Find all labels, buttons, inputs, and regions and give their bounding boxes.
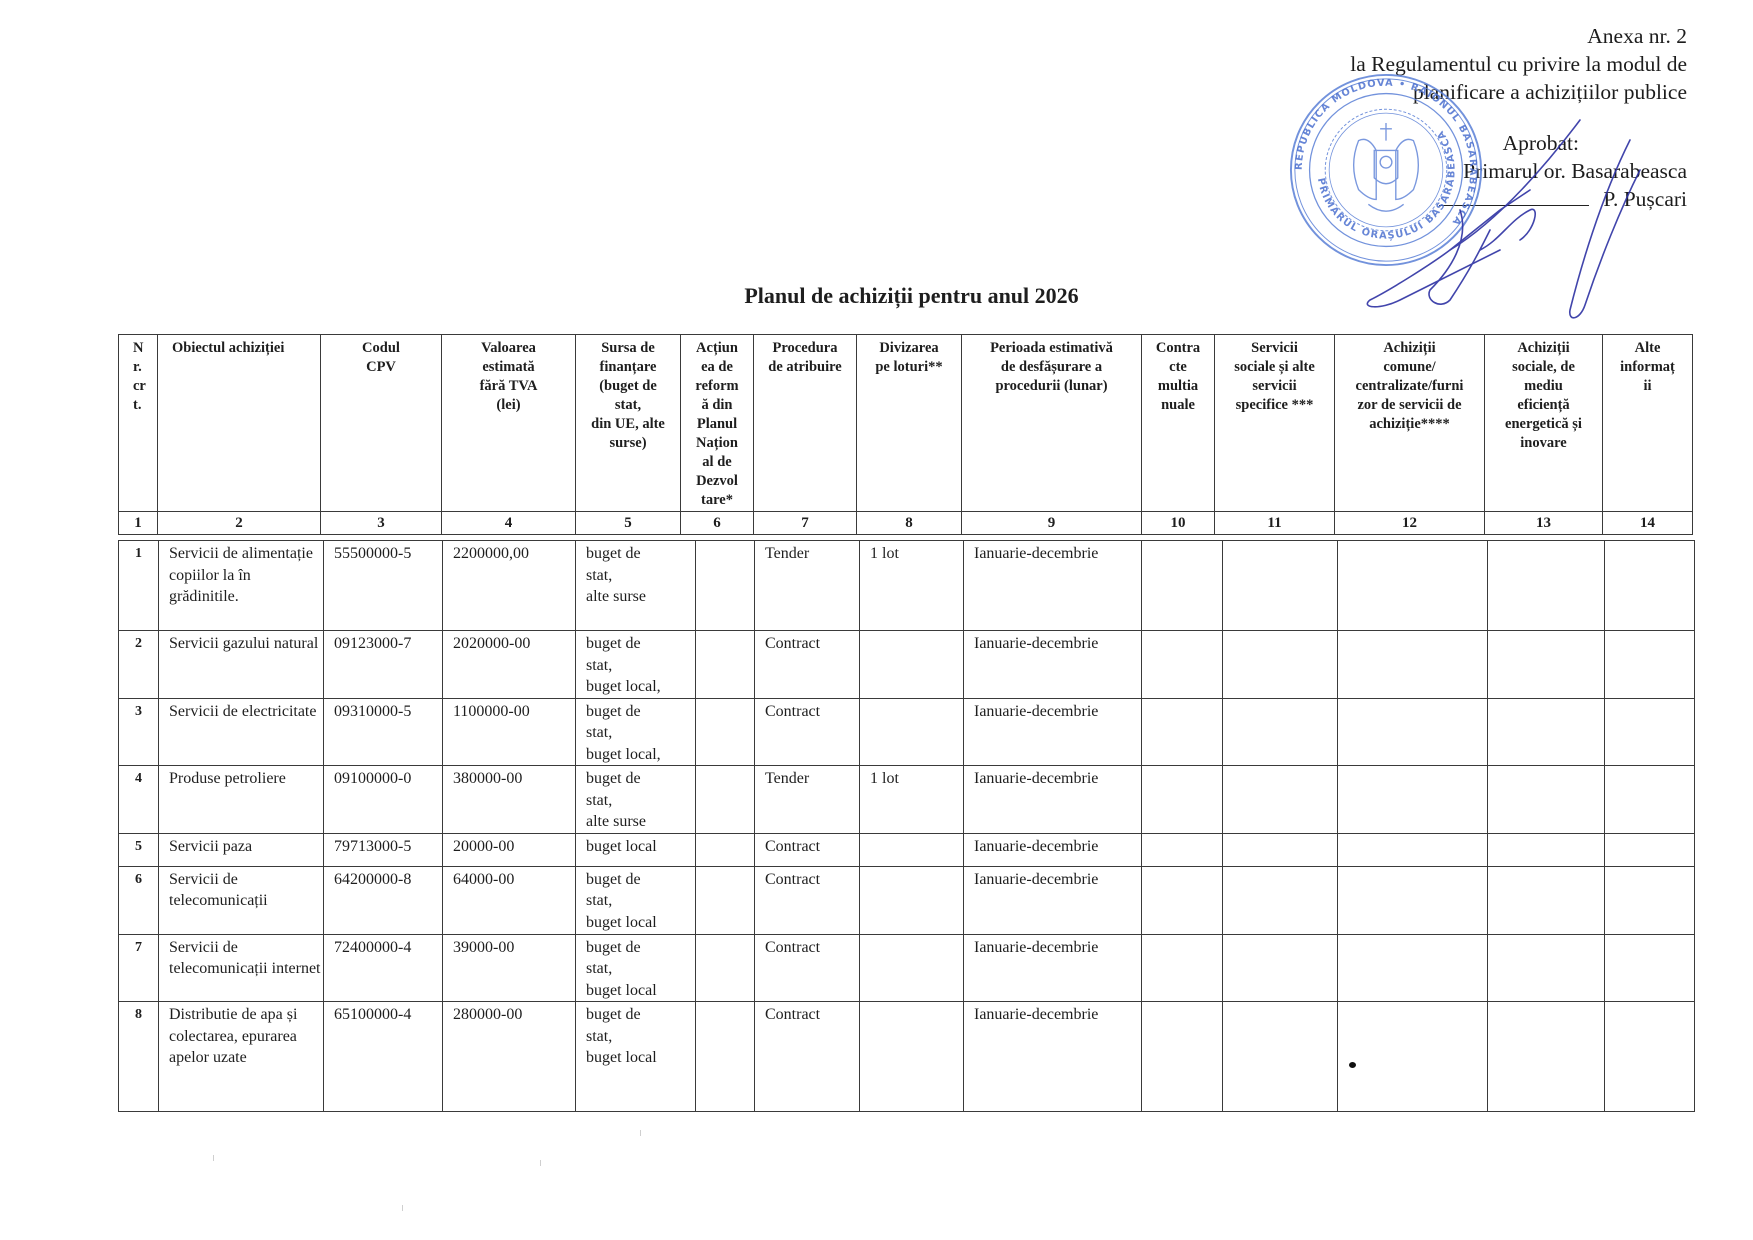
procurement-table-header: N r. cr t.Obiectul achizițieiCodul CPVVa…: [118, 334, 1693, 535]
procurement-object: Servicii de telecomunicații: [159, 866, 324, 934]
green-procurement: [1488, 1002, 1605, 1112]
row-number: 1: [119, 541, 159, 631]
estimated-period: Ianuarie-decembrie: [964, 541, 1142, 631]
table-row: 1Servicii de alimentație copiilor la în …: [119, 541, 1695, 631]
lot-division: 1 lot: [860, 541, 964, 631]
reform-action: [696, 866, 755, 934]
award-procedure: Contract: [755, 698, 860, 766]
estimated-value: 39000-00: [443, 934, 576, 1002]
estimated-value: 2020000-00: [443, 631, 576, 699]
column-number: 3: [321, 512, 442, 535]
column-header: Achiziții comune/ centralizate/furni zor…: [1335, 335, 1485, 512]
row-number: 8: [119, 1002, 159, 1112]
table-row: 8 Distributie de apa și colectarea, epur…: [119, 1002, 1695, 1112]
cpv-code: 55500000-5: [324, 541, 443, 631]
green-procurement: [1488, 866, 1605, 934]
approver-name: P. Pușcari: [1603, 187, 1687, 211]
table-row: 2Servicii gazului natural09123000-720200…: [119, 631, 1695, 699]
multiannual-contracts: [1142, 541, 1223, 631]
row-number: 5: [119, 833, 159, 866]
column-number: 6: [681, 512, 754, 535]
column-header: Procedura de atribuire: [754, 335, 857, 512]
reform-action: [696, 698, 755, 766]
reform-action: [696, 833, 755, 866]
column-header: Achiziții sociale, de mediu eficiență en…: [1485, 335, 1603, 512]
award-procedure: Contract: [755, 1002, 860, 1112]
common-procurement: [1338, 866, 1488, 934]
column-number: 4: [442, 512, 576, 535]
column-header: Valoarea estimată fără TVA (lei): [442, 335, 576, 512]
common-procurement: [1338, 766, 1488, 834]
column-number: 11: [1215, 512, 1335, 535]
common-procurement: [1338, 631, 1488, 699]
procurement-object: Distributie de apa și colectarea, epurar…: [159, 1002, 324, 1112]
common-procurement: [1338, 698, 1488, 766]
estimated-value: 2200000,00: [443, 541, 576, 631]
other-info: [1605, 833, 1695, 866]
svg-text:PRIMARUL ORAȘULUI BASARABEASCA: PRIMARUL ORAȘULUI BASARABEASCA: [1315, 128, 1458, 242]
other-info: [1605, 698, 1695, 766]
header-row: N r. cr t.Obiectul achizițieiCodul CPVVa…: [119, 335, 1693, 512]
column-number: 5: [576, 512, 681, 535]
procurement-object: Servicii gazului natural: [159, 631, 324, 699]
award-procedure: Contract: [755, 934, 860, 1002]
multiannual-contracts: [1142, 866, 1223, 934]
funding-source: buget de stat, buget local: [576, 934, 696, 1002]
green-procurement: [1488, 698, 1605, 766]
common-procurement: [1338, 541, 1488, 631]
cpv-code: 72400000-4: [324, 934, 443, 1002]
cpv-code: 65100000-4: [324, 1002, 443, 1112]
multiannual-contracts: [1142, 833, 1223, 866]
multiannual-contracts: [1142, 766, 1223, 834]
estimated-period: Ianuarie-decembrie: [964, 934, 1142, 1002]
cpv-code: 09100000-0: [324, 766, 443, 834]
lot-division: [860, 631, 964, 699]
column-header: Divizarea pe loturi**: [857, 335, 962, 512]
funding-source: buget de stat, buget local,: [576, 631, 696, 699]
scan-speck: [213, 1155, 214, 1161]
estimated-period: Ianuarie-decembrie: [964, 866, 1142, 934]
row-number: 3: [119, 698, 159, 766]
social-services: [1223, 833, 1338, 866]
funding-source: buget de stat, alte surse: [576, 541, 696, 631]
procurement-object: Servicii paza: [159, 833, 324, 866]
table-row: 4Produse petroliere09100000-0380000-00bu…: [119, 766, 1695, 834]
common-procurement: [1338, 1002, 1488, 1112]
column-number: 9: [962, 512, 1142, 535]
green-procurement: [1488, 631, 1605, 699]
table-row: 7Servicii de telecomunicații internet724…: [119, 934, 1695, 1002]
funding-source: buget local: [576, 833, 696, 866]
column-header: Sursa de finanțare (buget de stat, din U…: [576, 335, 681, 512]
multiannual-contracts: [1142, 631, 1223, 699]
column-number: 7: [754, 512, 857, 535]
procurement-object: Produse petroliere: [159, 766, 324, 834]
column-number: 2: [158, 512, 321, 535]
other-info: [1605, 1002, 1695, 1112]
funding-source: buget de stat, buget local,: [576, 698, 696, 766]
multiannual-contracts: [1142, 934, 1223, 1002]
lot-division: 1 lot: [860, 766, 964, 834]
common-procurement: [1338, 833, 1488, 866]
column-header: Perioada estimativă de desfășurare a pro…: [962, 335, 1142, 512]
reform-action: [696, 541, 755, 631]
column-header: Alte informaț ii: [1603, 335, 1693, 512]
award-procedure: Contract: [755, 866, 860, 934]
social-services: [1223, 541, 1338, 631]
column-header: Codul CPV: [321, 335, 442, 512]
procurement-object: Servicii de alimentație copiilor la în g…: [159, 541, 324, 631]
procurement-table: 1Servicii de alimentație copiilor la în …: [118, 540, 1695, 1112]
row-number: 6: [119, 866, 159, 934]
column-header: Acțiun ea de reform ă din Planul Națion …: [681, 335, 754, 512]
award-procedure: Tender: [755, 541, 860, 631]
estimated-period: Ianuarie-decembrie: [964, 631, 1142, 699]
lot-division: [860, 833, 964, 866]
green-procurement: [1488, 541, 1605, 631]
column-number: 12: [1335, 512, 1485, 535]
table-row: 3Servicii de electricitate09310000-51100…: [119, 698, 1695, 766]
common-procurement: [1338, 934, 1488, 1002]
green-procurement: [1488, 934, 1605, 1002]
cpv-code: 09310000-5: [324, 698, 443, 766]
column-number: 14: [1603, 512, 1693, 535]
social-services: [1223, 934, 1338, 1002]
multiannual-contracts: [1142, 1002, 1223, 1112]
estimated-period: Ianuarie-decembrie: [964, 698, 1142, 766]
award-procedure: Contract: [755, 833, 860, 866]
procurement-object: Servicii de electricitate: [159, 698, 324, 766]
cpv-code: 64200000-8: [324, 866, 443, 934]
cpv-code: 09123000-7: [324, 631, 443, 699]
row-number: 7: [119, 934, 159, 1002]
lot-division: [860, 934, 964, 1002]
annex-number: Anexa nr. 2: [1350, 22, 1687, 50]
lot-division: [860, 866, 964, 934]
column-header: Contra cte multia nuale: [1142, 335, 1215, 512]
estimated-value: 1100000-00: [443, 698, 576, 766]
lot-division: [860, 1002, 964, 1112]
reform-action: [696, 631, 755, 699]
funding-source: buget de stat, buget local: [576, 866, 696, 934]
column-header: Servicii sociale și alte servicii specif…: [1215, 335, 1335, 512]
column-header: Obiectul achiziției: [158, 335, 321, 512]
social-services: [1223, 631, 1338, 699]
social-services: [1223, 1002, 1338, 1112]
ink-dot: [1349, 1062, 1356, 1068]
estimated-value: 64000-00: [443, 866, 576, 934]
column-header: N r. cr t.: [119, 335, 158, 512]
scan-speck: [402, 1205, 403, 1211]
reform-action: [696, 934, 755, 1002]
funding-source: buget de stat, buget local: [576, 1002, 696, 1112]
official-stamp-icon: REPUBLICA MOLDOVA • RAIONUL BASARABEASCA…: [1288, 72, 1484, 268]
row-number: 2: [119, 631, 159, 699]
estimated-value: 20000-00: [443, 833, 576, 866]
estimated-value: 380000-00: [443, 766, 576, 834]
green-procurement: [1488, 833, 1605, 866]
award-procedure: Tender: [755, 766, 860, 834]
reform-action: [696, 1002, 755, 1112]
lot-division: [860, 698, 964, 766]
scan-speck: [640, 1130, 641, 1136]
table-row: 6Servicii de telecomunicații64200000-864…: [119, 866, 1695, 934]
reform-action: [696, 766, 755, 834]
other-info: [1605, 866, 1695, 934]
social-services: [1223, 766, 1338, 834]
estimated-value: 280000-00: [443, 1002, 576, 1112]
document-title: Planul de achiziții pentru anul 2026: [0, 283, 1753, 309]
procurement-object: Servicii de telecomunicații internet: [159, 934, 324, 1002]
row-number: 4: [119, 766, 159, 834]
column-number: 1: [119, 512, 158, 535]
award-procedure: Contract: [755, 631, 860, 699]
estimated-period: Ianuarie-decembrie: [964, 766, 1142, 834]
other-info: [1605, 766, 1695, 834]
table-row: 5Servicii paza79713000-520000-00buget lo…: [119, 833, 1695, 866]
green-procurement: [1488, 766, 1605, 834]
column-number-row: 1234567891011121314: [119, 512, 1693, 535]
estimated-period: Ianuarie-decembrie: [964, 1002, 1142, 1112]
other-info: [1605, 631, 1695, 699]
other-info: [1605, 541, 1695, 631]
multiannual-contracts: [1142, 698, 1223, 766]
cpv-code: 79713000-5: [324, 833, 443, 866]
column-number: 13: [1485, 512, 1603, 535]
column-number: 10: [1142, 512, 1215, 535]
scan-speck: [540, 1160, 541, 1166]
funding-source: buget de stat, alte surse: [576, 766, 696, 834]
estimated-period: Ianuarie-decembrie: [964, 833, 1142, 866]
column-number: 8: [857, 512, 962, 535]
other-info: [1605, 934, 1695, 1002]
social-services: [1223, 866, 1338, 934]
social-services: [1223, 698, 1338, 766]
